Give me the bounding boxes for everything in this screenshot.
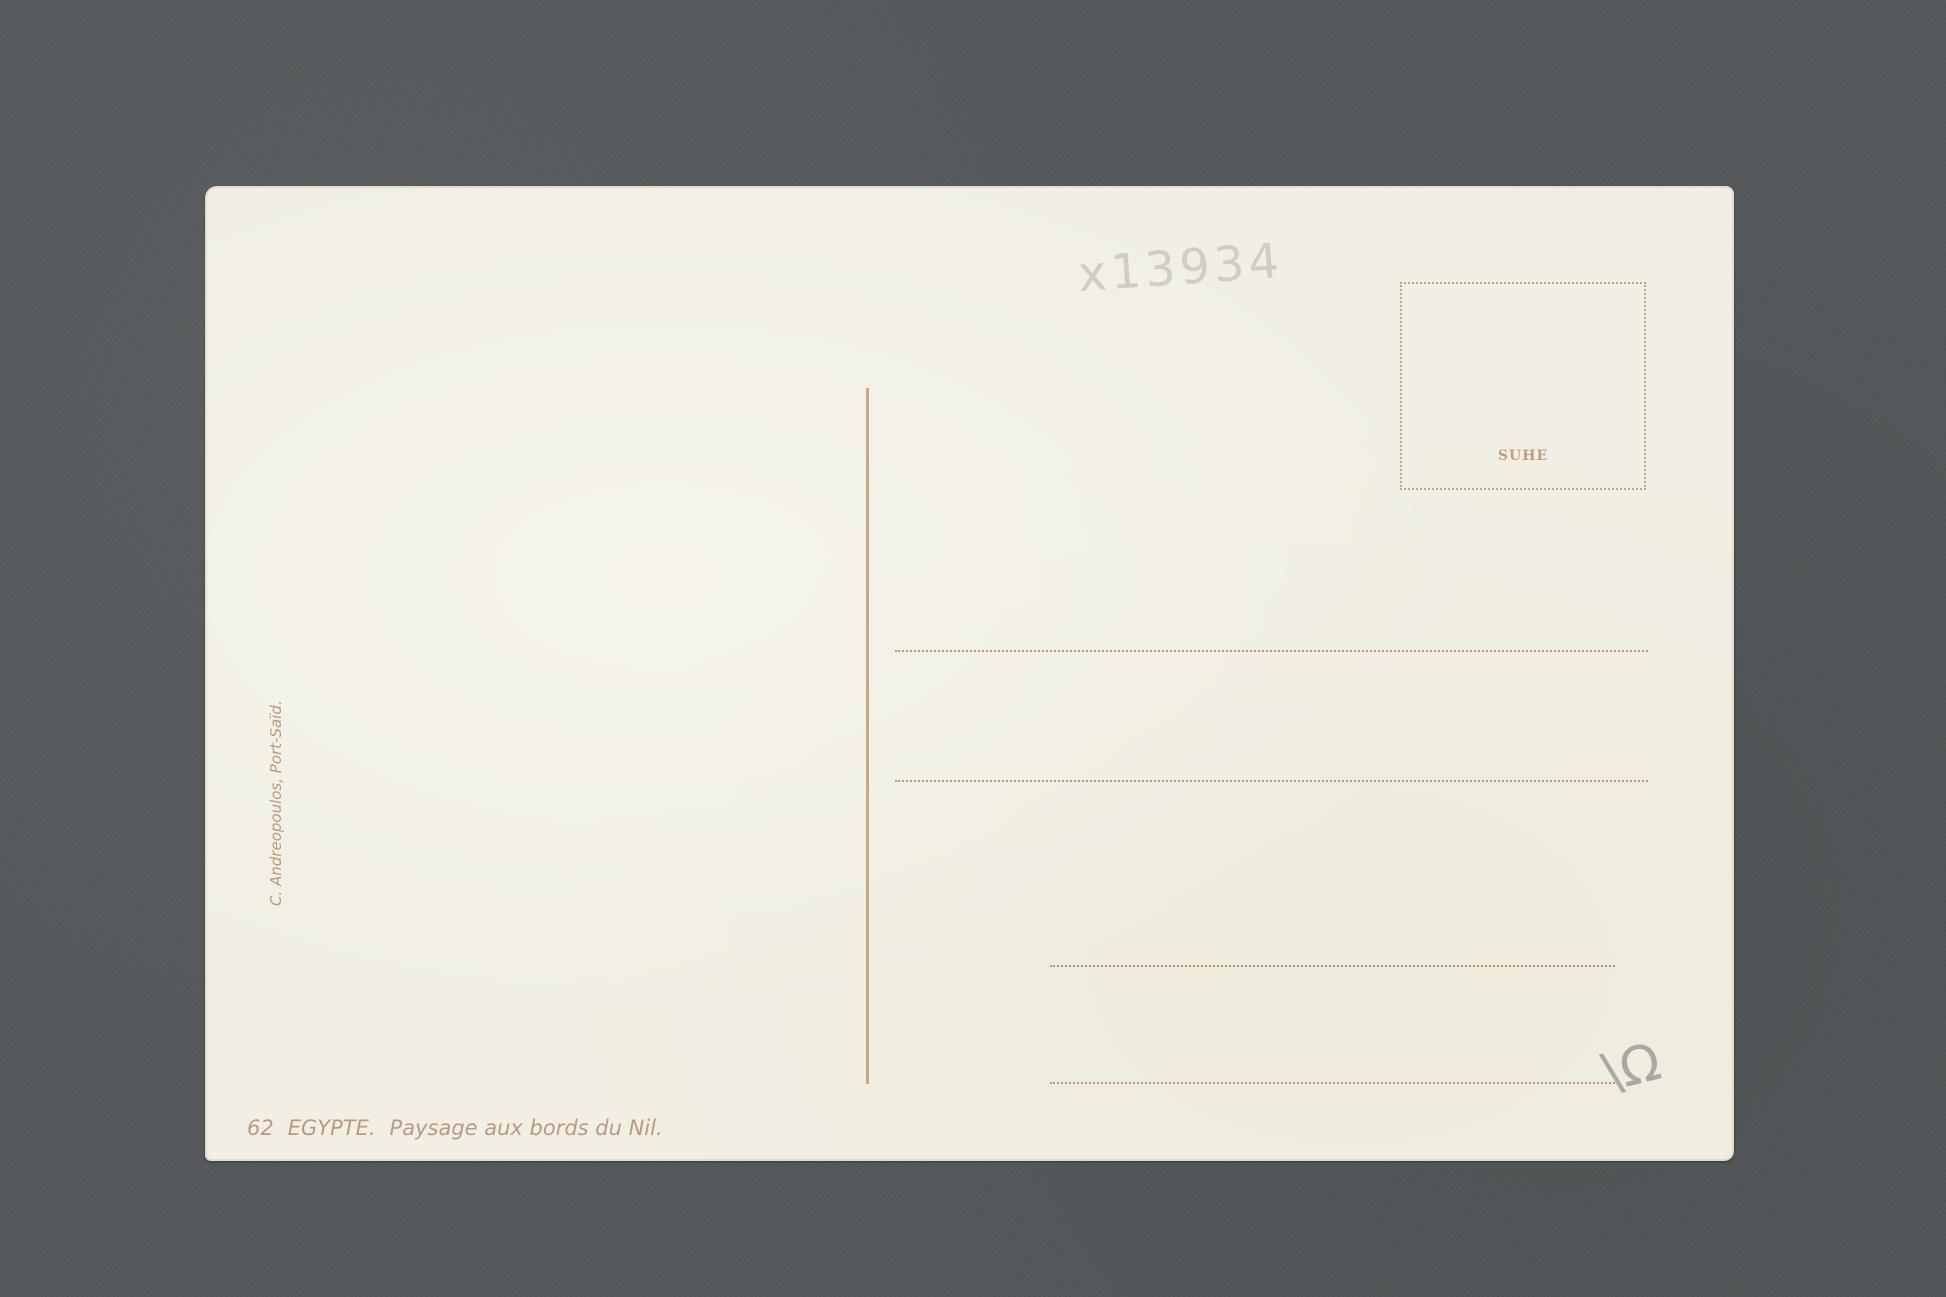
stamp-box-label: SUHE xyxy=(1402,448,1644,464)
caption-country: EGYPTE. xyxy=(288,1116,376,1140)
publisher-imprint: C. Andreopoulos, Port-Saïd. xyxy=(267,700,285,906)
stamp-box: SUHE xyxy=(1400,282,1646,490)
address-line-2 xyxy=(895,780,1648,782)
center-divider-line xyxy=(866,388,869,1084)
address-line-1 xyxy=(895,650,1648,652)
pencil-inventory-number: x13934 xyxy=(1076,233,1285,303)
caption-number: 62 xyxy=(247,1116,274,1140)
pencil-corner-mark: \Ω xyxy=(1597,1032,1667,1104)
address-line-3 xyxy=(1050,965,1615,967)
postcard: x13934 SUHE C. Andreopoulos, Port-Saïd. … xyxy=(205,186,1734,1161)
caption-title: Paysage aux bords du Nil. xyxy=(390,1116,663,1140)
address-line-4 xyxy=(1050,1082,1615,1084)
postcard-caption: 62EGYPTE.Paysage aux bords du Nil. xyxy=(247,1116,677,1140)
